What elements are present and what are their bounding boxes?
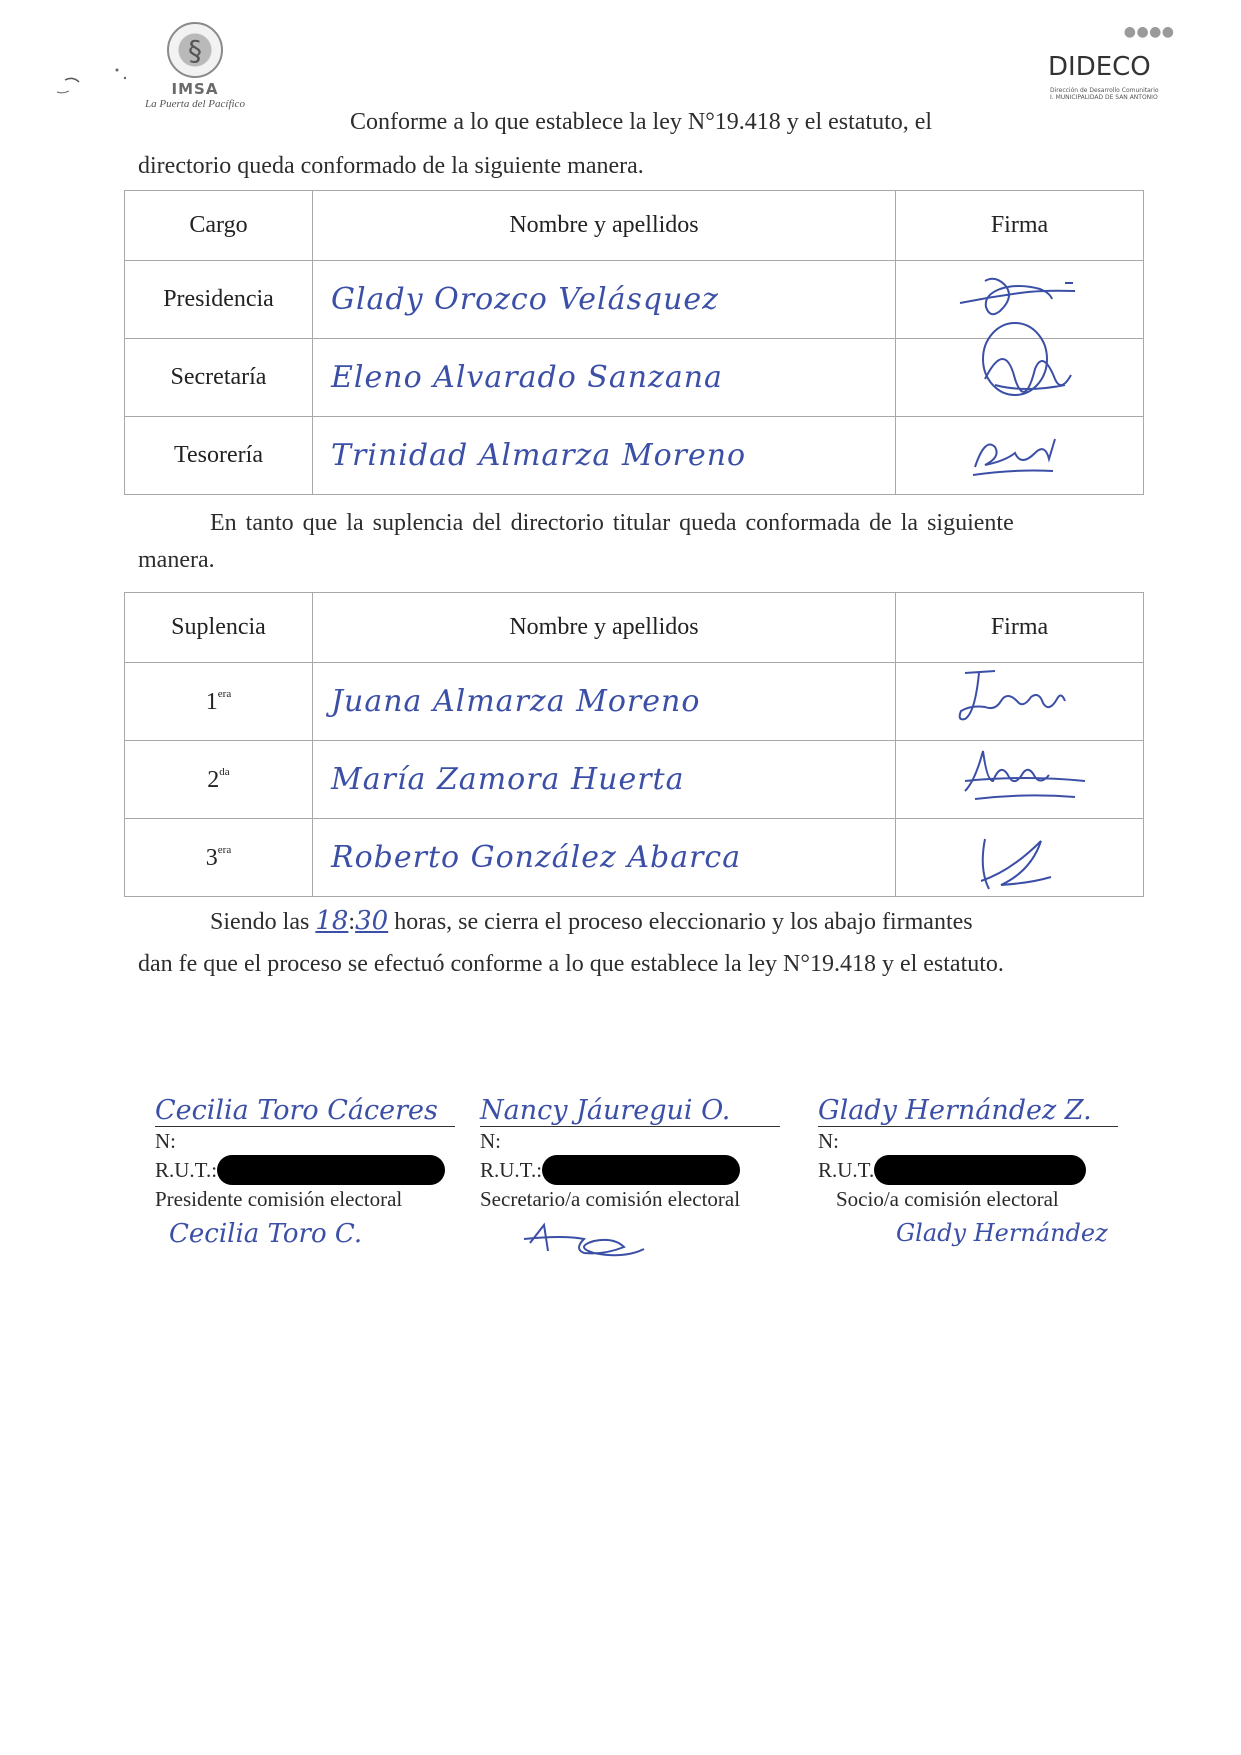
signatory-president: Cecilia Toro Cáceres N: R.U.T.: Presiden…	[155, 1095, 455, 1249]
signatory-secretary: Nancy Jáuregui O. N: R.U.T.: Secretario/…	[480, 1095, 780, 1288]
handwritten-name: Trinidad Almarza Moreno	[331, 438, 746, 473]
rut-redaction	[874, 1155, 1086, 1185]
cargo-cell: Secretaría	[125, 339, 313, 417]
handwritten-name: Eleno Alvarado Sanzana	[331, 360, 723, 395]
rut-redaction	[217, 1155, 445, 1185]
rut-label: R.U.T.:	[155, 1156, 217, 1184]
table-row: 3era Roberto González Abarca	[125, 819, 1144, 897]
handwritten-name: Glady Orozco Velásquez	[331, 282, 719, 317]
suplencia-num: 2	[207, 767, 219, 793]
suplencia-header-row: Suplencia Nombre y apellidos Firma	[125, 593, 1144, 663]
imsa-logo-name: IMSA	[130, 80, 260, 98]
nombre-cell: María Zamora Huerta	[313, 741, 896, 819]
signatory-rut: R.U.T.	[818, 1155, 1118, 1185]
table-row: 2da María Zamora Huerta	[125, 741, 1144, 819]
nombre-cell: Trinidad Almarza Moreno	[313, 417, 896, 495]
signatory-name: Nancy Jáuregui O.	[480, 1095, 780, 1127]
rut-label: R.U.T.:	[480, 1156, 542, 1184]
signatory-role: Socio/a comisión electoral	[836, 1185, 1118, 1213]
handwritten-name: Roberto González Abarca	[331, 840, 741, 875]
imsa-seal-icon	[167, 22, 223, 78]
imsa-logo-tagline: La Puerta del Pacífico	[130, 98, 260, 110]
signature-icon	[520, 1213, 670, 1273]
signatory-rut: R.U.T.:	[480, 1155, 780, 1185]
header-nombre: Nombre y apellidos	[313, 593, 896, 663]
suplencia-num: 1	[206, 689, 218, 715]
suplencia-ordinal: era	[218, 688, 231, 700]
directorio-table: Cargo Nombre y apellidos Firma Presidenc…	[124, 190, 1144, 495]
closing-prefix: Siendo las	[210, 909, 309, 935]
suplencia-ordinal: era	[218, 844, 231, 856]
dideco-logo: ● ● ● ● DIDECO Dirección de Desarrollo C…	[1040, 24, 1190, 104]
dideco-subtitle-2: I. MUNICIPALIDAD DE SAN ANTONIO	[1050, 94, 1158, 101]
table-row: Presidencia Glady Orozco Velásquez	[125, 261, 1144, 339]
signatory-role: Presidente comisión electoral	[155, 1185, 455, 1213]
rut-redaction	[542, 1155, 740, 1185]
signatory-handwritten-signature: Glady Hernández	[896, 1219, 1118, 1247]
header-firma: Firma	[896, 191, 1144, 261]
signatory-rut: R.U.T.:	[155, 1155, 455, 1185]
signatory-n-label: N:	[480, 1127, 780, 1155]
suplencia-num-cell: 2da	[125, 741, 313, 819]
closing-line-2: dan fe que el proceso se efectuó conform…	[138, 944, 1004, 984]
nombre-cell: Glady Orozco Velásquez	[313, 261, 896, 339]
header-suplencia: Suplencia	[125, 593, 313, 663]
intro-line-2: directorio queda conformado de la siguie…	[138, 146, 644, 186]
handwritten-name: Juana Almarza Moreno	[331, 684, 700, 719]
signature-icon	[945, 663, 1095, 723]
closing-suffix: horas, se cierra el proceso eleccionario…	[394, 909, 972, 935]
nombre-cell: Juana Almarza Moreno	[313, 663, 896, 741]
table-row: Tesorería Trinidad Almarza Moreno	[125, 417, 1144, 495]
handwritten-name: María Zamora Huerta	[331, 762, 684, 797]
suplencia-table: Suplencia Nombre y apellidos Firma 1era …	[124, 592, 1144, 897]
signatory-n-label: N:	[818, 1127, 1118, 1155]
rut-label: R.U.T.	[818, 1156, 874, 1184]
closing-hour: 18	[315, 906, 348, 936]
signature-icon	[945, 339, 1095, 399]
closing-minute: 30	[355, 906, 388, 936]
signatory-member: Glady Hernández Z. N: R.U.T. Socio/a com…	[818, 1095, 1118, 1247]
dideco-dots-icon: ● ● ● ●	[1124, 24, 1172, 40]
signatory-n-label: N:	[155, 1127, 455, 1155]
firma-cell	[896, 261, 1144, 339]
table-row: 1era Juana Almarza Moreno	[125, 663, 1144, 741]
firma-cell	[896, 339, 1144, 417]
imsa-logo: IMSA La Puerta del Pacífico	[130, 22, 260, 122]
header-cargo: Cargo	[125, 191, 313, 261]
nombre-cell: Eleno Alvarado Sanzana	[313, 339, 896, 417]
suplencia-num: 3	[206, 845, 218, 871]
suplencia-intro-line-1: En tanto que la suplencia del directorio…	[210, 503, 1014, 543]
suplencia-ordinal: da	[219, 766, 229, 778]
suplencia-intro-line-2: manera.	[138, 540, 215, 580]
dideco-logo-name: DIDECO	[1048, 52, 1151, 82]
directorio-header-row: Cargo Nombre y apellidos Firma	[125, 191, 1144, 261]
signature-icon	[945, 261, 1095, 321]
firma-cell	[896, 741, 1144, 819]
dideco-subtitle-1: Dirección de Desarrollo Comunitario	[1050, 87, 1159, 94]
cargo-cell: Presidencia	[125, 261, 313, 339]
signature-icon	[945, 417, 1095, 477]
firma-cell	[896, 417, 1144, 495]
header-nombre: Nombre y apellidos	[313, 191, 896, 261]
nombre-cell: Roberto González Abarca	[313, 819, 896, 897]
signatory-name: Cecilia Toro Cáceres	[155, 1095, 455, 1127]
closing-line-1: Siendo las 18:30 horas, se cierra el pro…	[210, 901, 973, 942]
table-row: Secretaría Eleno Alvarado Sanzana	[125, 339, 1144, 417]
signatory-handwritten-signature: Cecilia Toro C.	[169, 1219, 455, 1249]
signature-icon	[945, 741, 1095, 801]
signature-icon	[945, 819, 1095, 879]
suplencia-num-cell: 3era	[125, 819, 313, 897]
signatory-name: Glady Hernández Z.	[818, 1095, 1118, 1127]
header-firma: Firma	[896, 593, 1144, 663]
firma-cell	[896, 819, 1144, 897]
firma-cell	[896, 663, 1144, 741]
scan-artifact	[55, 40, 135, 100]
cargo-cell: Tesorería	[125, 417, 313, 495]
intro-line-1: Conforme a lo que establece la ley N°19.…	[350, 102, 932, 142]
signatory-role: Secretario/a comisión electoral	[480, 1185, 780, 1213]
suplencia-num-cell: 1era	[125, 663, 313, 741]
